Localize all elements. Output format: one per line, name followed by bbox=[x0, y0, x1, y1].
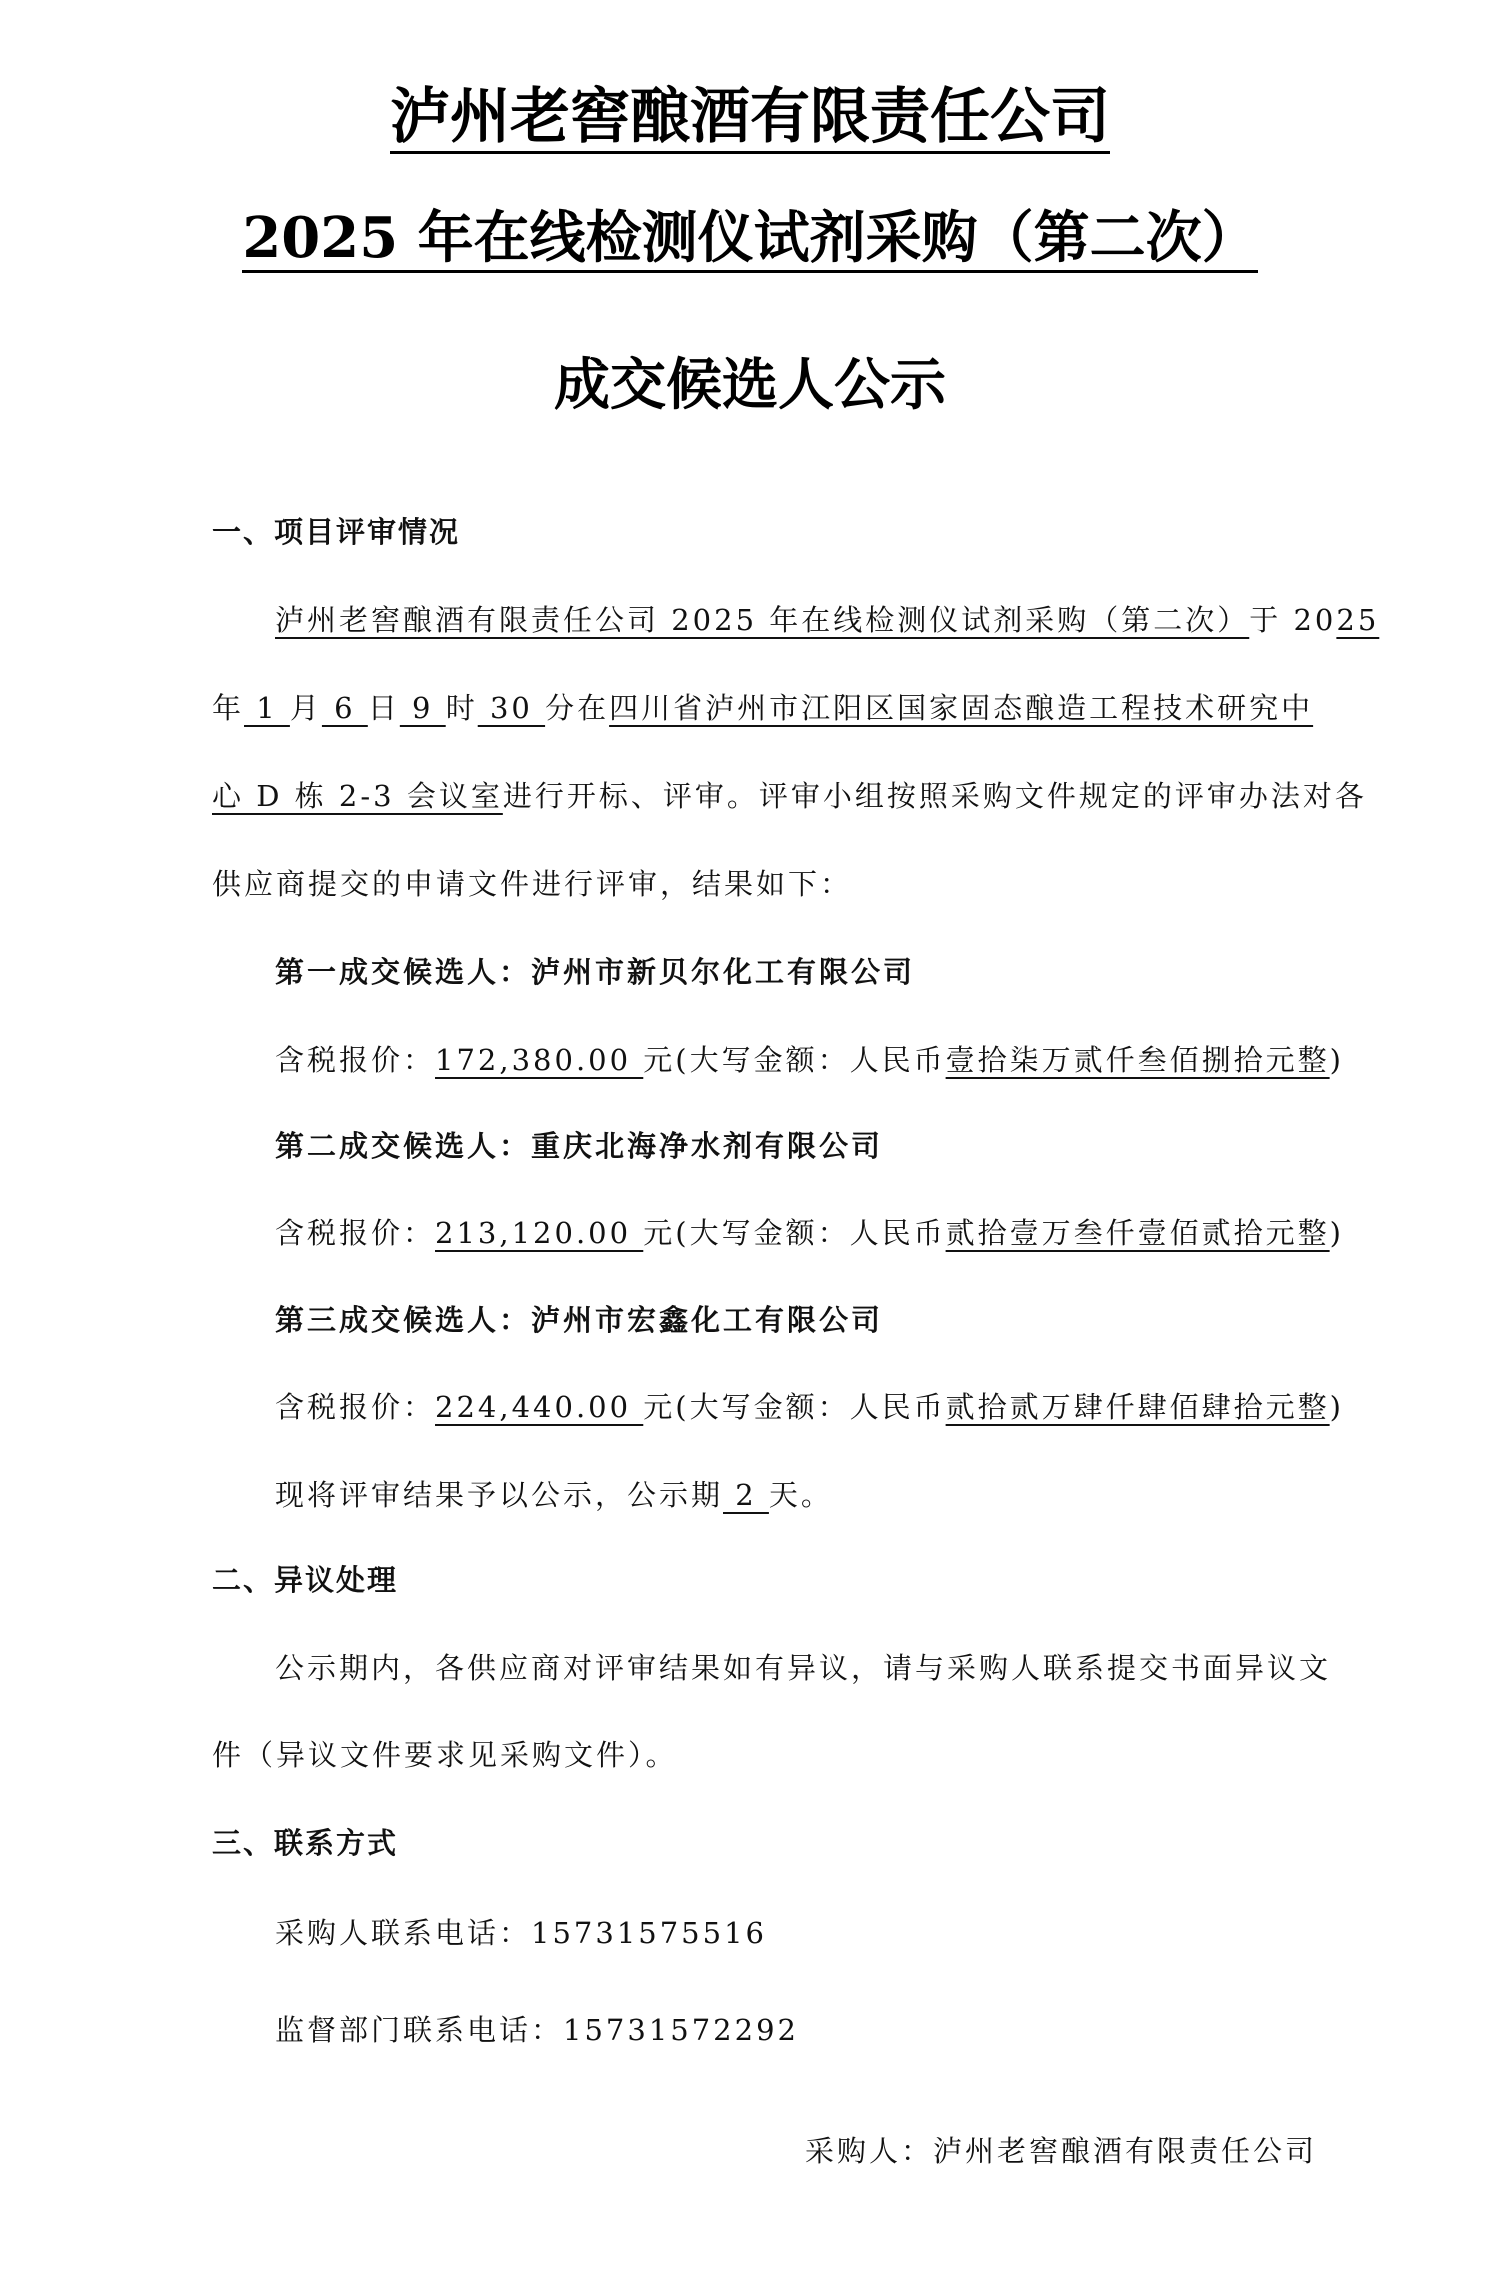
section3-heading: 三、联系方式 bbox=[212, 1823, 1382, 1863]
year-suffix: 25 bbox=[1336, 603, 1379, 637]
candidate-3-name: 泸州市宏鑫化工有限公司 bbox=[531, 1303, 883, 1337]
section2-line1: 公示期内，各供应商对评审结果如有异议，请与采购人联系提交书面异议文 bbox=[275, 1648, 1445, 1688]
month-value: 1 bbox=[244, 691, 290, 725]
title-company: 泸州老窖酿酒有限责任公司 bbox=[0, 82, 1500, 154]
supervisor-phone-number: 15731572292 bbox=[563, 2013, 799, 2047]
title-notice: 成交候选人公示 bbox=[0, 352, 1500, 418]
candidate-2-name: 重庆北海净水剂有限公司 bbox=[531, 1129, 883, 1163]
section1-para-line3: 心 D 栋 2-3 会议室进行开标、评审。评审小组按照采购文件规定的评审办法对各 bbox=[212, 776, 1382, 816]
candidate-1-name: 泸州市新贝尔化工有限公司 bbox=[531, 955, 915, 989]
candidate-1-price-value: 172,380.00 bbox=[435, 1043, 643, 1077]
section1-heading: 一、项目评审情况 bbox=[212, 512, 1382, 552]
project-name: 泸州老窖酿酒有限责任公司 2025 年在线检测仪试剂采购（第二次） bbox=[275, 603, 1249, 637]
candidate-3-price: 含税报价：224,440.00 元(大写金额：人民币贰拾贰万肆仟肆佰肆拾元整) bbox=[275, 1387, 1445, 1427]
candidate-3: 第三成交候选人：泸州市宏鑫化工有限公司 bbox=[275, 1300, 1445, 1340]
location-part2: 心 D 栋 2-3 会议室 bbox=[212, 779, 503, 813]
day-value: 6 bbox=[322, 691, 368, 725]
purchaser-phone: 采购人联系电话：15731575516 bbox=[275, 1913, 1445, 1953]
candidate-2: 第二成交候选人：重庆北海净水剂有限公司 bbox=[275, 1126, 1445, 1166]
section2-heading: 二、异议处理 bbox=[212, 1560, 1382, 1600]
title-project: 2025 年在线检测仪试剂采购（第二次） bbox=[0, 205, 1500, 273]
supervisor-phone: 监督部门联系电话：15731572292 bbox=[275, 2010, 1445, 2050]
candidate-3-price-words: 贰拾贰万肆仟肆佰肆拾元整 bbox=[946, 1390, 1330, 1424]
location-part1: 四川省泸州市江阳区国家固态酿造工程技术研究中 bbox=[609, 691, 1313, 725]
candidate-1-price: 含税报价：172,380.00 元(大写金额：人民币壹拾柒万贰仟叁佰捌拾元整) bbox=[275, 1040, 1445, 1080]
section1-para-line2: 年 1 月 6 日 9 时 30 分在四川省泸州市江阳区国家固态酿造工程技术研究… bbox=[212, 688, 1382, 728]
publicity-notice: 现将评审结果予以公示，公示期 2 天。 bbox=[275, 1475, 1445, 1515]
candidate-1: 第一成交候选人：泸州市新贝尔化工有限公司 bbox=[275, 952, 1445, 992]
signature-company: 泸州老窖酿酒有限责任公司 bbox=[933, 2134, 1317, 2168]
candidate-2-price-value: 213,120.00 bbox=[435, 1216, 643, 1250]
hour-value: 9 bbox=[400, 691, 446, 725]
section1-para-line1: 泸州老窖酿酒有限责任公司 2025 年在线检测仪试剂采购（第二次）于 2025 bbox=[275, 600, 1445, 640]
candidate-1-price-words: 壹拾柒万贰仟叁佰捌拾元整 bbox=[946, 1043, 1330, 1077]
purchaser-phone-number: 15731575516 bbox=[531, 1916, 767, 1950]
publicity-days: 2 bbox=[723, 1478, 769, 1512]
section1-para-line4: 供应商提交的申请文件进行评审，结果如下： bbox=[212, 864, 1382, 904]
candidate-2-price-words: 贰拾壹万叁仟壹佰贰拾元整 bbox=[946, 1216, 1330, 1250]
section2-line2: 件（异议文件要求见采购文件）。 bbox=[212, 1735, 1382, 1775]
candidate-2-price: 含税报价：213,120.00 元(大写金额：人民币贰拾壹万叁仟壹佰贰拾元整) bbox=[275, 1213, 1445, 1253]
minute-value: 30 bbox=[478, 691, 545, 725]
signature: 采购人：泸州老窖酿酒有限责任公司 bbox=[805, 2131, 1317, 2171]
candidate-3-price-value: 224,440.00 bbox=[435, 1390, 643, 1424]
